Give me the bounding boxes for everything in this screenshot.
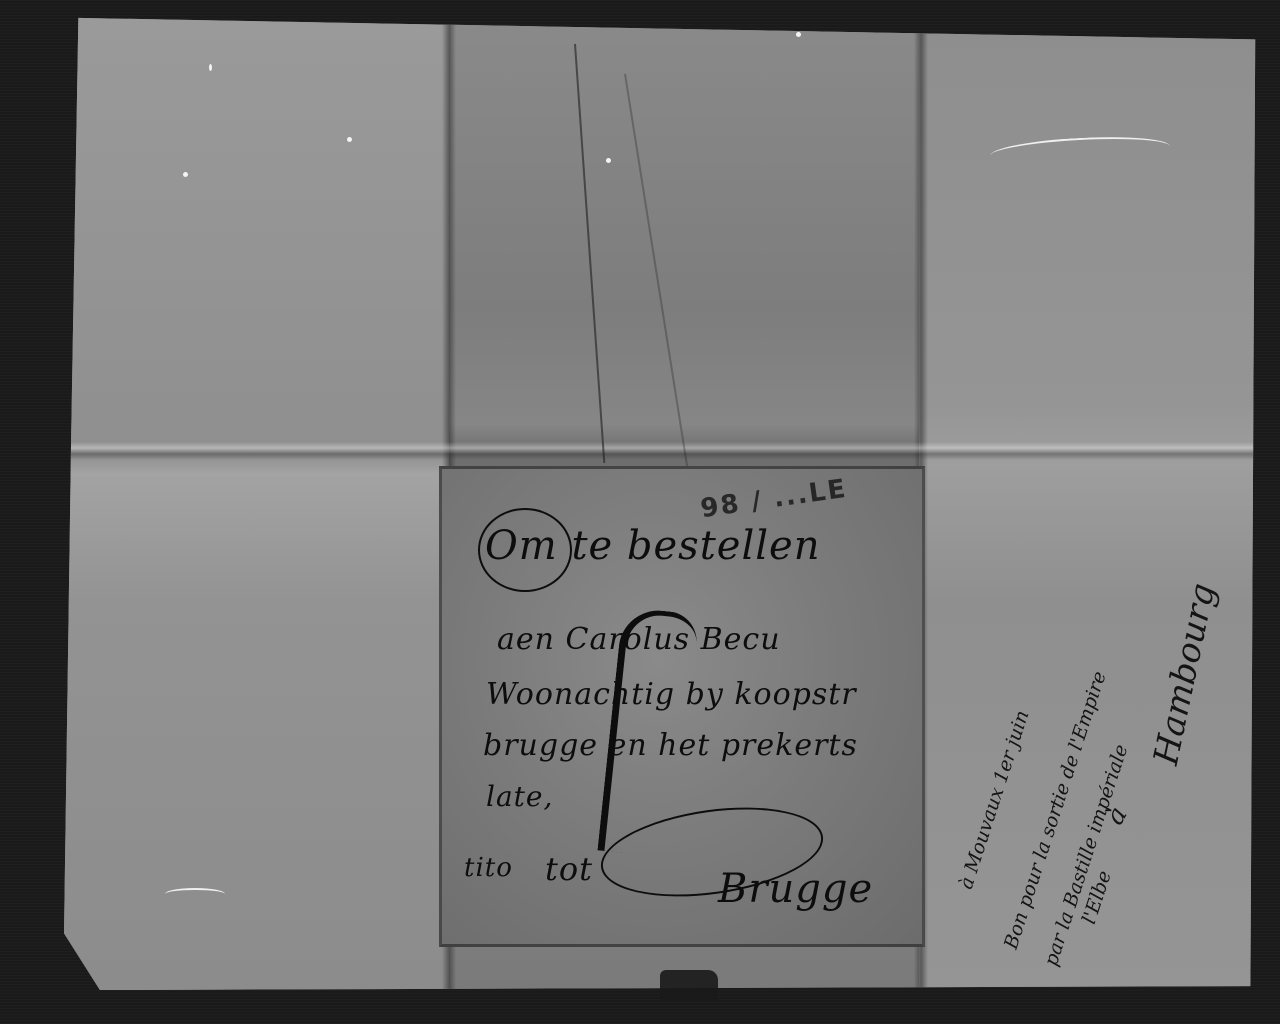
address-line: late, — [486, 780, 553, 813]
address-line: brugge en het prekerts — [483, 728, 858, 763]
address-line: Om te bestellen — [485, 523, 820, 569]
horizontal-fold — [64, 442, 1260, 460]
dust-speck — [606, 158, 611, 163]
dust-speck — [183, 172, 188, 177]
address-line: Woonachtig by koopstr — [486, 677, 857, 712]
bottom-stamp — [660, 970, 718, 1000]
address-line: aen Carolus Becu — [497, 622, 781, 657]
address-prefix: tito — [464, 853, 513, 883]
dust-speck — [347, 137, 352, 142]
dust-speck — [796, 32, 801, 37]
white-scratch — [165, 888, 225, 900]
left-panel — [64, 14, 449, 992]
dust-speck — [209, 64, 212, 71]
address-city: Brugge — [718, 866, 873, 912]
address-line: tot — [545, 850, 593, 888]
